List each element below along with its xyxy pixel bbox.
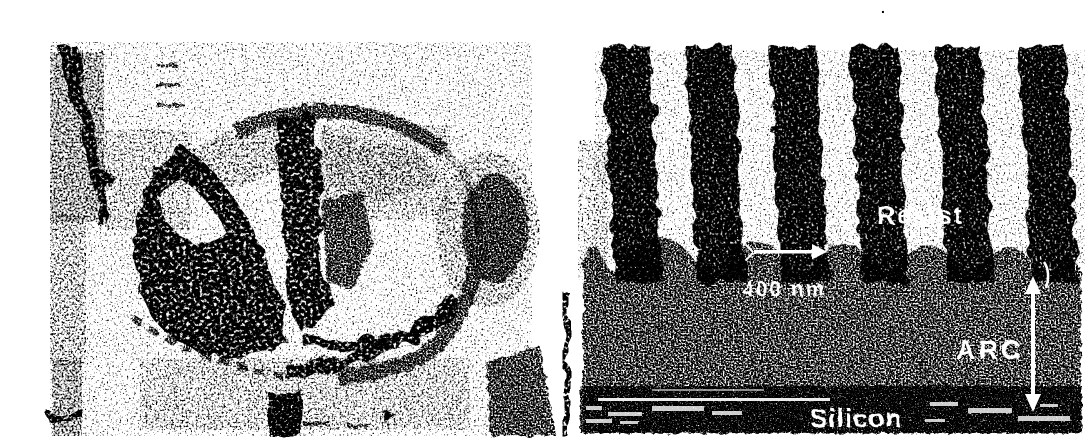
gap-speckle xyxy=(595,50,1085,265)
label-arc: ARC xyxy=(956,335,1024,365)
figure-canvas: . xyxy=(0,0,1086,438)
scanned-figure-page: . xyxy=(0,0,1086,438)
halo-speckle-2 xyxy=(320,125,450,220)
corner-dash xyxy=(48,412,86,421)
label-silicon: Silicon xyxy=(810,403,902,433)
dash xyxy=(156,63,178,67)
edge-line xyxy=(564,293,570,438)
bottom-mark xyxy=(302,422,330,426)
rod-halo-speckle xyxy=(50,52,104,222)
left-lower-speckle xyxy=(52,360,82,436)
scale-line xyxy=(598,398,830,401)
scale-line-faint xyxy=(652,389,764,391)
halo-speckle-1 xyxy=(100,130,190,230)
dash xyxy=(155,83,180,87)
wafer-photo xyxy=(48,42,570,438)
label-400nm: 400 nm xyxy=(742,278,826,301)
sem-image: Resist 400 nm ARC Silicon xyxy=(578,46,1085,433)
stray-dot: . xyxy=(881,0,885,16)
left-edge-speckle xyxy=(50,215,86,365)
bottom-mark xyxy=(348,424,370,428)
bottom-bar xyxy=(269,392,303,436)
label-resist: Resist xyxy=(877,202,964,230)
bottom-speckle xyxy=(140,358,470,430)
dash xyxy=(157,103,184,107)
right-patch xyxy=(462,173,528,283)
